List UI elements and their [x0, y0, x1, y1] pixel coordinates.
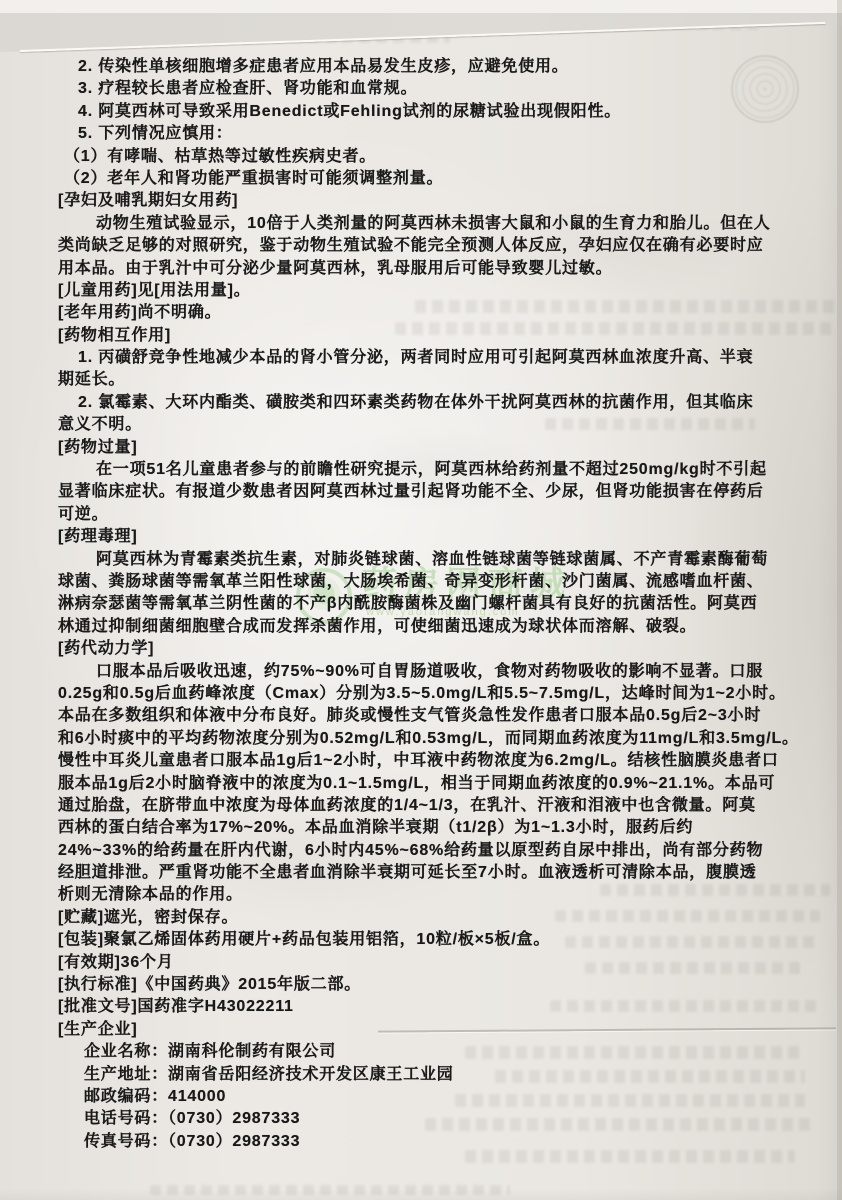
text-line: 经胆道排泄。严重肾功能不全患者血消除半衰期可延长至7小时。血液透析可清除本品，腹…	[58, 862, 784, 884]
text-line: [药代动力学]	[58, 638, 784, 660]
text-line: [批准文号]国药准字H43022211	[58, 996, 784, 1018]
text-line: [包装]聚氯乙烯固体药用硬片+药品包装用铝箔，10粒/板×5板/盒。	[58, 929, 784, 951]
text-line: （2）老年人和肾功能严重损害时可能须调整剂量。	[58, 168, 784, 190]
scan-right-edge	[837, 0, 842, 1200]
text-line: 4. 阿莫西林可导致采用Benedict或Fehling试剂的尿糖试验出现假阳性…	[58, 101, 784, 123]
text-line: [生产企业]	[58, 1019, 784, 1041]
bleedthrough-text-ghost	[150, 1185, 510, 1195]
text-line: [贮藏]遮光，密封保存。	[58, 907, 784, 929]
text-line: （1）有哮喘、枯草热等过敏性疾病史者。	[58, 146, 784, 168]
text-line: 意义不明。	[58, 414, 784, 436]
scan-top-edge	[0, 0, 842, 13]
scanned-drug-insert-page: 药房网商城 www.yaofangwang.com 2. 传染性单核细胞增多症患…	[0, 0, 842, 1200]
text-line: 显著临床症状。有报道少数患者因阿莫西林过量引起肾功能不全、少尿，但肾功能损害在停…	[58, 481, 784, 503]
text-line: 电话号码：（0730）2987333	[58, 1108, 784, 1130]
text-line: [孕妇及哺乳期妇女用药]	[58, 190, 784, 212]
text-line: 本品在多数组织和体液中分布良好。肺炎或慢性支气管炎急性发作患者口服本品0.5g后…	[58, 705, 784, 727]
text-line: [执行标准]《中国药典》2015年版二部。	[58, 974, 784, 996]
text-line: 3. 疗程较长患者应检查肝、肾功能和血常规。	[58, 78, 784, 100]
text-line: 服本品1g后2小时脑脊液中的浓度为0.1~1.5mg/L，相当于同期血药浓度的0…	[58, 773, 784, 795]
text-line: 0.25g和0.5g后血药峰浓度（Cmax）分别为3.5~5.0mg/L和5.5…	[58, 683, 784, 705]
text-line: 通过胎盘，在脐带血中浓度为母体血药浓度的1/4~1/3，在乳汁、汗液和泪液中也含…	[58, 795, 784, 817]
text-line: 2. 传染性单核细胞增多症患者应用本品易发生皮疹，应避免使用。	[58, 56, 784, 78]
text-line: [药理毒理]	[58, 526, 784, 548]
text-line: 类尚缺乏足够的对照研究，鉴于动物生殖试验不能完全预测人体反应，孕妇应仅在确有必要…	[58, 235, 784, 257]
text-line: 淋病奈瑟菌等需氧革兰阴性菌的不产β内酰胺酶菌株及幽门螺杆菌具有良好的抗菌活性。阿…	[58, 593, 784, 615]
text-line: 可逆。	[58, 504, 784, 526]
text-line: 企业名称：湖南科伦制药有限公司	[58, 1041, 784, 1063]
text-line: [儿童用药]见[用法用量]。	[58, 280, 784, 302]
text-line: 和6小时痰中的平均药物浓度分别为0.52mg/L和0.53mg/L，而同期血药浓…	[58, 728, 784, 750]
text-line: [有效期]36个月	[58, 952, 784, 974]
text-line: 邮政编码：414000	[58, 1086, 784, 1108]
text-line: 在一项51名儿童患者参与的前瞻性研究提示，阿莫西林给药剂量不超过250mg/kg…	[58, 459, 784, 481]
text-line: 生产地址：湖南省岳阳经济技术开发区康王工业园	[58, 1064, 784, 1086]
text-line: 阿莫西林为青霉素类抗生素，对肺炎链球菌、溶血性链球菌等链球菌属、不产青霉素酶葡萄	[58, 549, 784, 571]
text-line: 口服本品后吸收迅速，约75%~90%可自胃肠道吸收，食物对药物吸收的影响不显著。…	[58, 661, 784, 683]
text-line: 传真号码：（0730）2987333	[58, 1131, 784, 1153]
text-line: 球菌、粪肠球菌等需氧革兰阳性球菌，大肠埃希菌、奇异变形杆菌、沙门菌属、流感嗜血杆…	[58, 571, 784, 593]
text-line: 期延长。	[58, 369, 784, 391]
text-line: 1. 丙磺舒竞争性地减少本品的肾小管分泌，两者同时应用可引起阿莫西林血浓度升高、…	[58, 347, 784, 369]
text-line: [老年用药]尚不明确。	[58, 302, 784, 324]
text-line: 西林的蛋白结合率为17%~20%。本品血消除半衰期（t1/2β）为1~1.3小时…	[58, 817, 784, 839]
text-line: 析则无清除本品的作用。	[58, 884, 784, 906]
text-line: 林通过抑制细菌细胞壁合成而发挥杀菌作用，可使细菌迅速成为球状体而溶解、破裂。	[58, 616, 784, 638]
insert-text-block: 2. 传染性单核细胞增多症患者应用本品易发生皮疹，应避免使用。3. 疗程较长患者…	[58, 56, 784, 1153]
text-line: [药物相互作用]	[58, 325, 784, 347]
text-line: [药物过量]	[58, 437, 784, 459]
text-line: 动物生殖试验显示，10倍于人类剂量的阿莫西林未损害大鼠和小鼠的生育力和胎儿。但在…	[58, 213, 784, 235]
text-line: 用本品。由于乳汁中可分泌少量阿莫西林，乳母服用后可能导致婴儿过敏。	[58, 258, 784, 280]
text-line: 2. 氯霉素、大环内酯类、磺胺类和四环素类药物在体外干扰阿莫西林的抗菌作用，但其…	[58, 392, 784, 414]
text-line: 24%~33%的给药量在肝内代谢，6小时内45%~68%给药量以原型药自尿中排出…	[58, 840, 784, 862]
text-line: 5. 下列情况应慎用：	[58, 123, 784, 145]
text-line: 慢性中耳炎儿童患者口服本品1g后1~2小时，中耳液中药物浓度为6.2mg/L。结…	[58, 750, 784, 772]
